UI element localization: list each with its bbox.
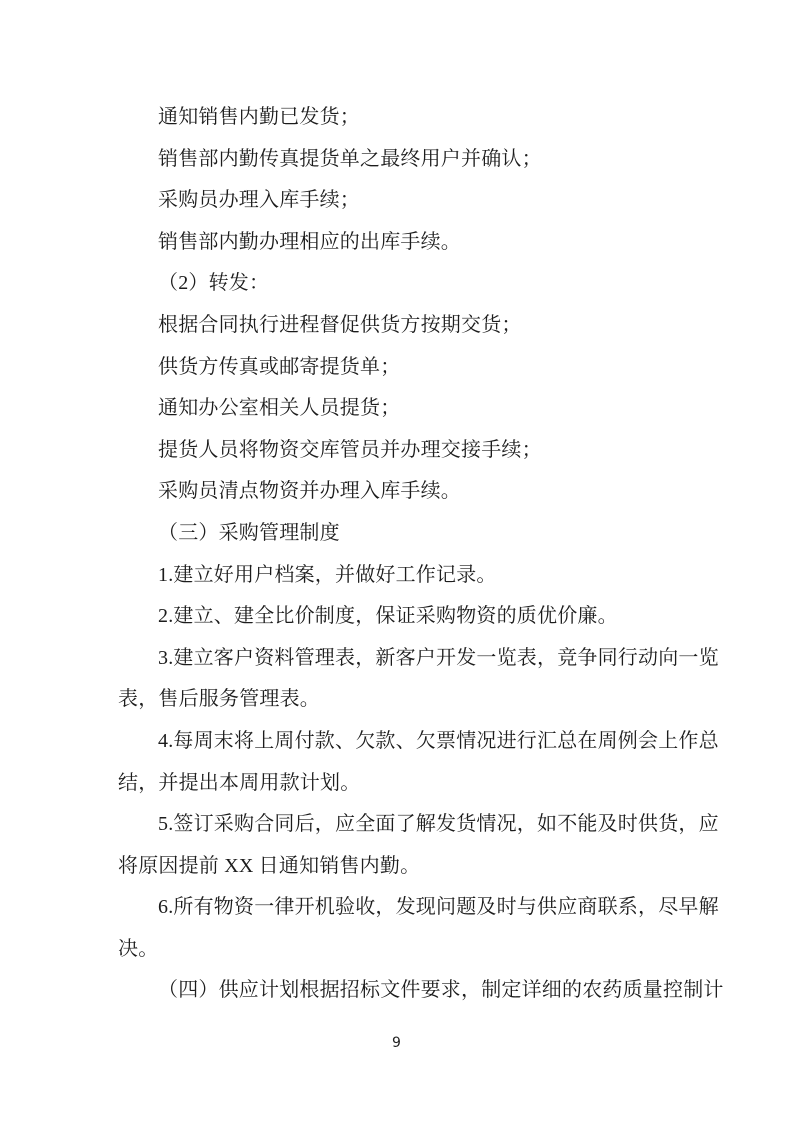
text-line: 4.每周末将上周付款、欠款、欠票情况进行汇总在周例会上作总 [118,721,678,763]
text-line: 根据合同执行进程督促供货方按期交货； [118,305,678,347]
text-line: 通知办公室相关人员提货； [118,388,678,430]
text-line: 5.签订采购合同后，应全面了解发货情况，如不能及时供货，应 [118,804,678,846]
text-line: 销售部内勤传真提货单之最终用户并确认； [118,139,678,181]
text-line: （三）采购管理制度 [118,513,678,555]
text-line: （2）转发： [118,263,678,305]
text-line: 3.建立客户资料管理表，新客户开发一览表，竞争同行动向一览 [118,638,678,680]
text-line: 提货人员将物资交库管员并办理交接手续； [118,430,678,472]
document-body: 通知销售内勤已发货；销售部内勤传真提货单之最终用户并确认；采购员办理入库手续；销… [118,97,678,1012]
text-line: 销售部内勤办理相应的出库手续。 [118,222,678,264]
text-line: 供货方传真或邮寄提货单； [118,347,678,389]
text-line: 表，售后服务管理表。 [118,679,678,721]
page-number: 9 [0,1034,793,1052]
text-line: 6.所有物资一律开机验收，发现问题及时与供应商联系，尽早解 [118,887,678,929]
text-line: （四）供应计划根据招标文件要求，制定详细的农药质量控制计 [118,970,678,1012]
text-line: 将原因提前 XX 日通知销售内勤。 [118,846,678,888]
text-line: 1.建立好用户档案，并做好工作记录。 [118,555,678,597]
text-line: 2.建立、建全比价制度，保证采购物资的质优价廉。 [118,596,678,638]
text-line: 采购员清点物资并办理入库手续。 [118,471,678,513]
text-line: 通知销售内勤已发货； [118,97,678,139]
text-line: 采购员办理入库手续； [118,180,678,222]
text-line: 结，并提出本周用款计划。 [118,763,678,805]
text-line: 决。 [118,929,678,971]
document-page: 通知销售内勤已发货；销售部内勤传真提货单之最终用户并确认；采购员办理入库手续；销… [0,0,793,1122]
